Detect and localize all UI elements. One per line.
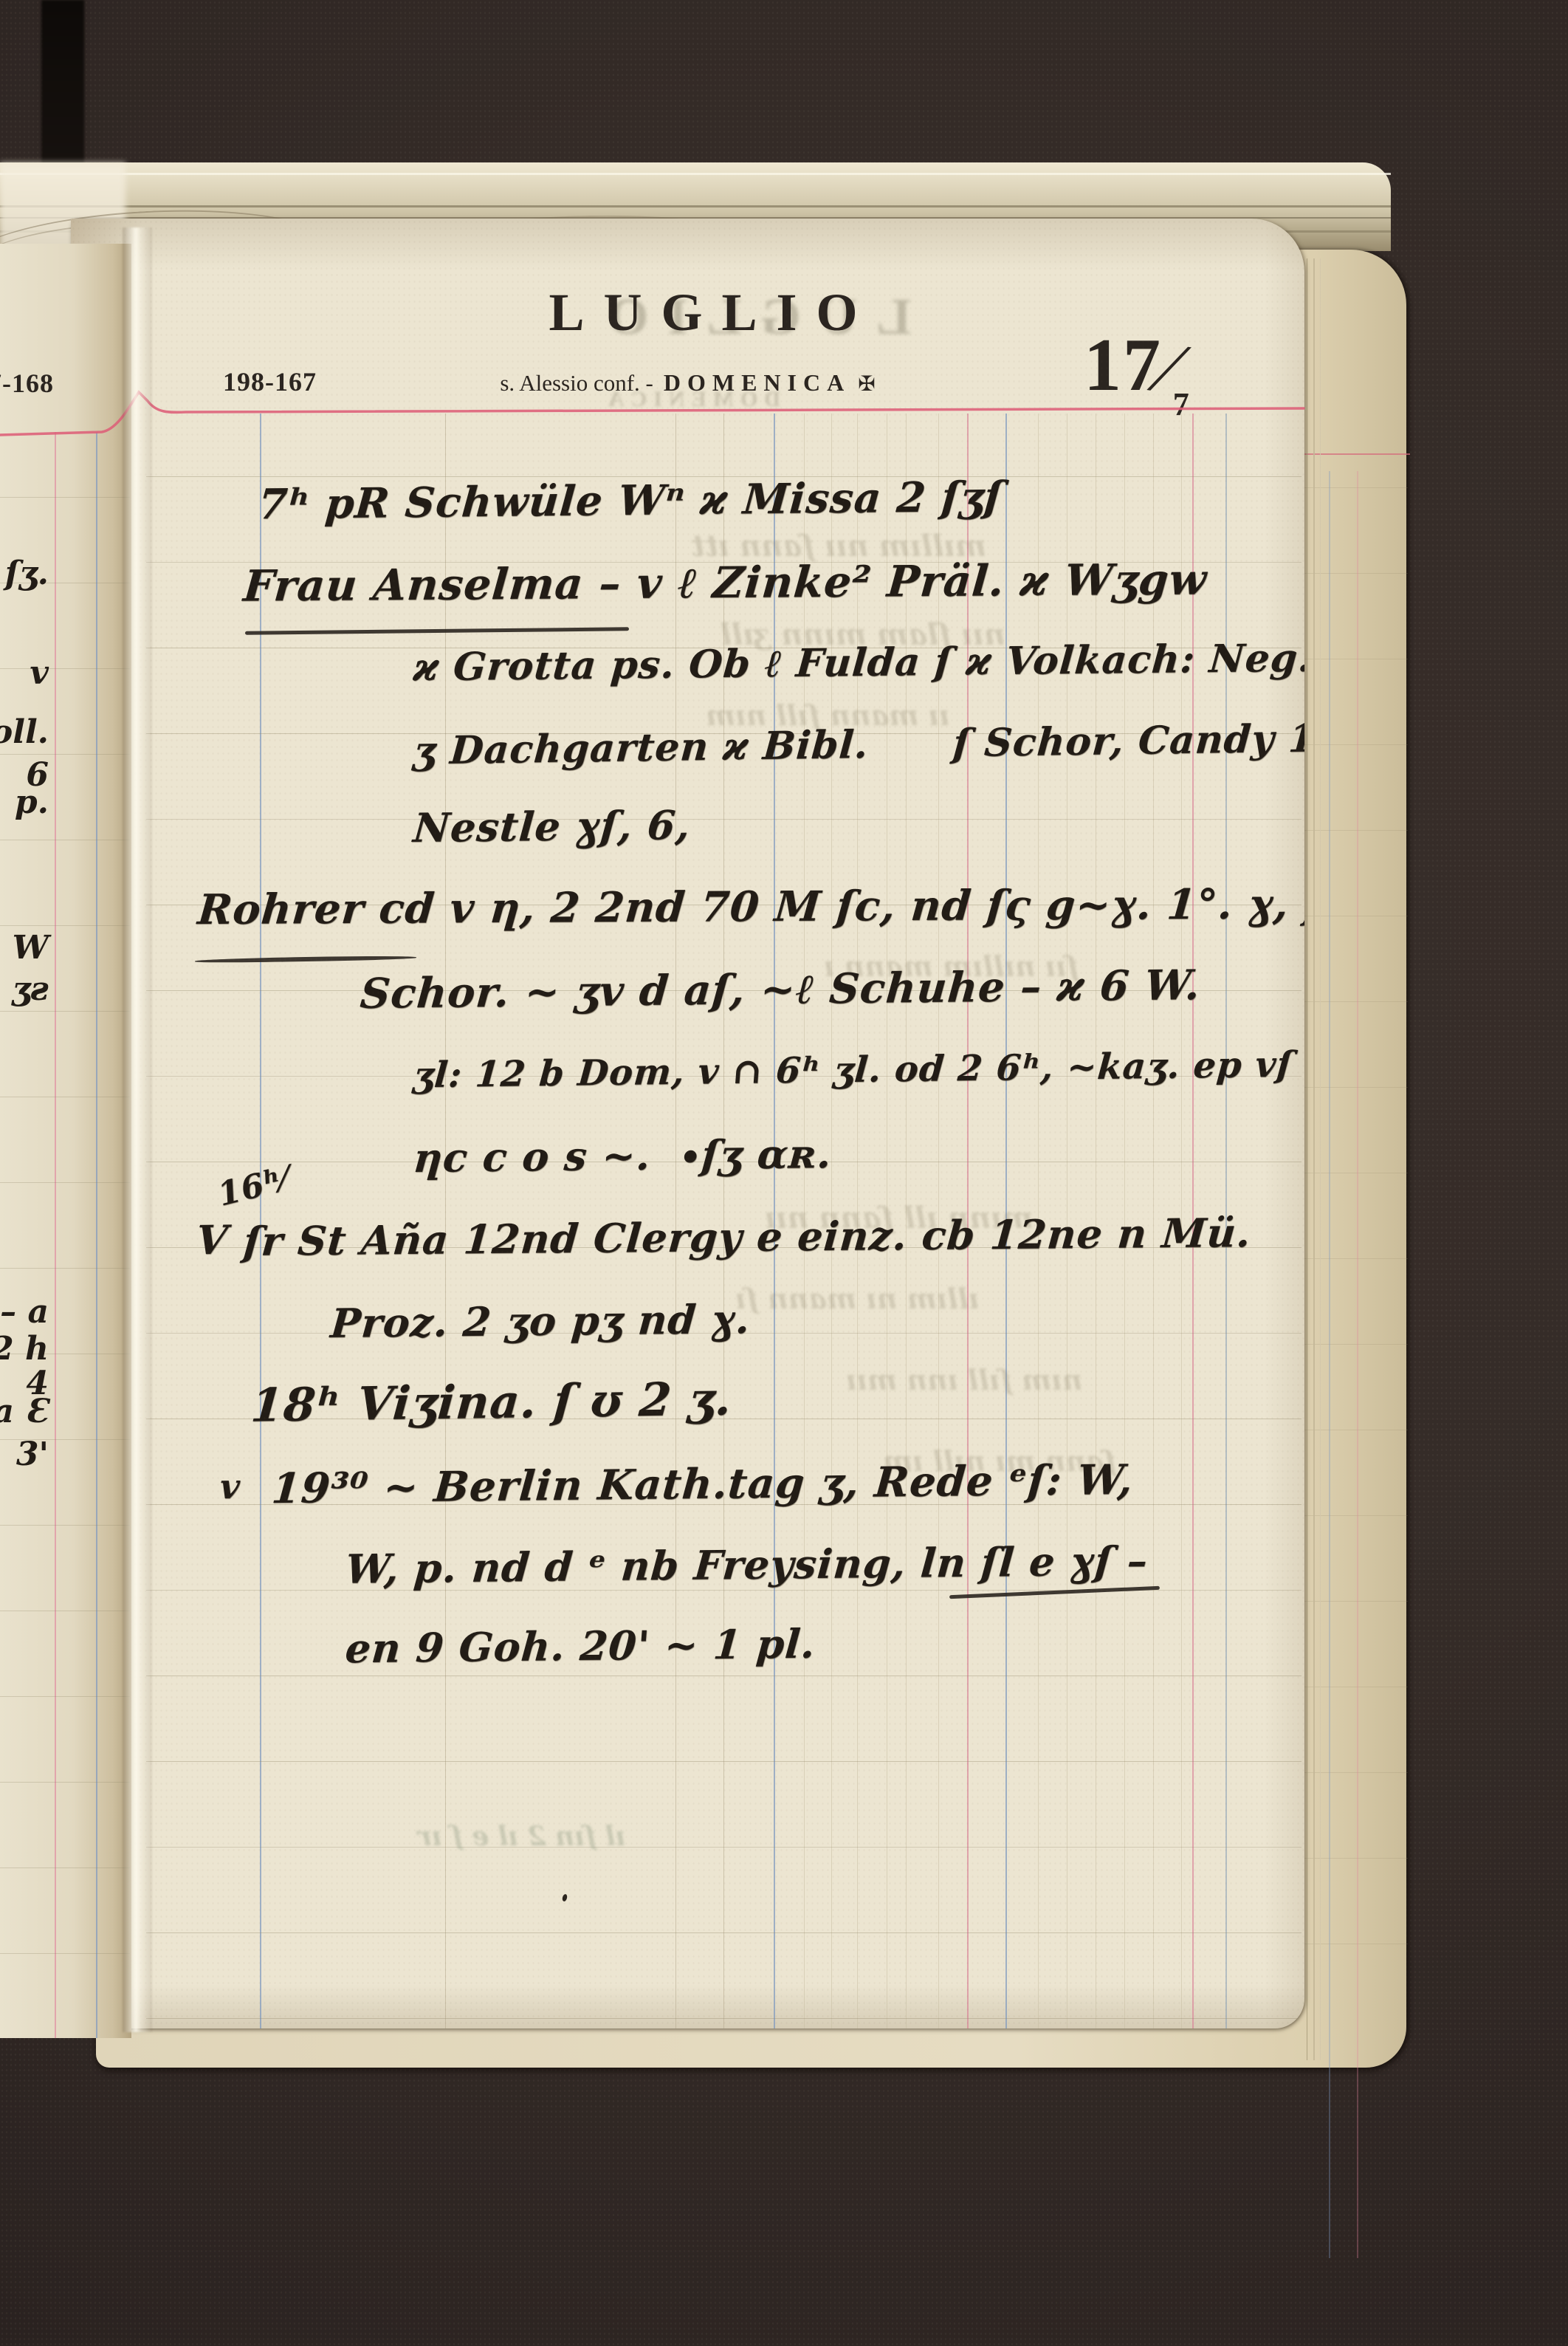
ink-underline: [245, 627, 629, 634]
ruled-line: [0, 1182, 130, 1183]
ruled-line: [0, 1097, 130, 1097]
marginal-time-note: 16ʰ⁄: [215, 1163, 291, 1212]
page-edge-line: [1313, 258, 1315, 2060]
ruled-line: [0, 1696, 130, 1697]
handwriting-line: ſr St Aña 12nd Clergy e einz. cb 12ne n …: [242, 1213, 1253, 1261]
cutoff-handwriting-fragment: a Ɛ: [0, 1396, 49, 1428]
cutoff-handwriting-fragment: p.: [0, 786, 49, 819]
handwriting-line: Rohrer cd v ƞ, 2 2nd 70 M ſc, nd ſς g~ɣ.…: [196, 883, 1304, 930]
edge-highlight: [0, 173, 1391, 175]
ruled-line: [146, 1676, 1301, 1676]
handwriting-line: Frau Anselma – v ℓ Zinke² Präl. ϰ Wʒgw: [242, 558, 1208, 607]
red-column-line: [55, 432, 56, 2038]
ruled-line: [146, 1932, 1301, 1933]
cutoff-handwriting-fragment: ſʒ.: [0, 558, 49, 590]
handwriting-line: ʒ Dachgarten ϰ Bibl. ſ Schor, Candy 1ʒ 5…: [412, 718, 1304, 770]
ruled-line: [0, 497, 130, 498]
cutoff-handwriting-fragment: oll.: [0, 716, 49, 749]
check-mark: V: [195, 1220, 230, 1260]
ruled-line: [0, 1268, 130, 1269]
under-page-blue-line: [1329, 471, 1330, 2258]
edge-line: [0, 205, 1391, 207]
handwriting-line: 7ʰ pR Schwüle Wⁿ ϰ Missa 2 ſʒſ: [257, 476, 1004, 526]
cutoff-handwriting-fragment: 3': [0, 1438, 49, 1471]
showthrough-script-green: ıl ſın 2 ıl e ſ ır: [418, 1821, 625, 1852]
scan-canvas: 197-168 ſʒ. v oll. 6 p. W ʒƨ – a 2 h 4 a…: [0, 0, 1568, 2346]
cutoff-handwriting-fragment: v: [0, 657, 49, 690]
ruled-line: [0, 1525, 130, 1526]
ruled-line: [0, 1611, 130, 1611]
page-edge-line: [1320, 258, 1321, 2060]
cutoff-handwriting-fragment: 2 h: [0, 1333, 49, 1365]
showthrough-script: nım ſıll ınn mıı: [846, 1363, 1082, 1396]
handwriting-line: Proz. 2 ʒo pʒ nd ɣ.: [329, 1299, 752, 1343]
ink-underline: [195, 955, 416, 963]
cutoff-handwriting-fragment: – a: [0, 1296, 49, 1328]
handwriting-line: W, p. nd d ᵉ nb Freysing, ln ſl e ɣſ –: [344, 1540, 1149, 1588]
ruled-line: [146, 2018, 1301, 2019]
handwriting-line: Schor. ~ ʒv d aſ, ~ℓ Schuhe – ϰ 6 W.: [359, 964, 1202, 1015]
handwriting-line: ʒl: 12 b Dom, v ∩ 6ʰ ʒl. od 2 6ʰ, ~kaʒ. …: [412, 1047, 1294, 1094]
ruled-line: [0, 925, 130, 926]
handwriting-line: ƞc c o s ~. ∙ſʒ ɑʀ.: [412, 1133, 833, 1178]
blue-column-line: [96, 432, 97, 2038]
check-mark: v: [219, 1469, 241, 1503]
ink-underline: [949, 1586, 1160, 1599]
gutter-highlight: [123, 227, 152, 2032]
cutoff-handwriting-fragment: W: [0, 932, 49, 964]
page-edge-line: [1307, 258, 1307, 2060]
diary-page: LUGLIO LUGLIO 198-167 DOMENICA s. Alessi…: [71, 219, 1304, 2028]
ruled-line: [146, 819, 1301, 820]
left-page-sliver: 197-168 ſʒ. v oll. 6 p. W ʒƨ – a 2 h 4 a…: [0, 244, 131, 2038]
ruled-line: [0, 1867, 130, 1868]
ruled-line: [0, 1782, 130, 1783]
handwriting-line: ϰ Grotta ps. Ob ℓ Fulda ſ ϰ Volkach: Neg…: [412, 639, 1304, 687]
ruled-line: [0, 840, 130, 840]
handwriting-line: 18ʰ Viʒina. ſ ʊ 2 ʒ.: [250, 1376, 734, 1428]
ruled-line: [0, 1011, 130, 1012]
handwriting-line: 19³⁰ ~ Berlin Kath.tag ʒ, Rede ᵉſ: W,: [270, 1459, 1135, 1509]
showthrough-script: ıllım nı mann ſı: [735, 1282, 980, 1315]
ruled-line: [0, 1953, 130, 1954]
ink-speck: [562, 1893, 568, 1901]
cutoff-handwriting-fragment: ʒƨ: [0, 973, 49, 1006]
under-page-red-line: [1357, 471, 1358, 2258]
ruled-line: [146, 1847, 1301, 1848]
ruled-line: [0, 754, 130, 755]
red-header-rule: [0, 380, 1321, 454]
handwriting-line: Nestle ɣſ, 6,: [412, 805, 692, 848]
handwriting-line: en 9 Goh. 20' ~ 1 pl.: [344, 1624, 817, 1669]
ruled-line: [146, 1761, 1301, 1762]
spine-shadow-strip: [41, 0, 84, 176]
